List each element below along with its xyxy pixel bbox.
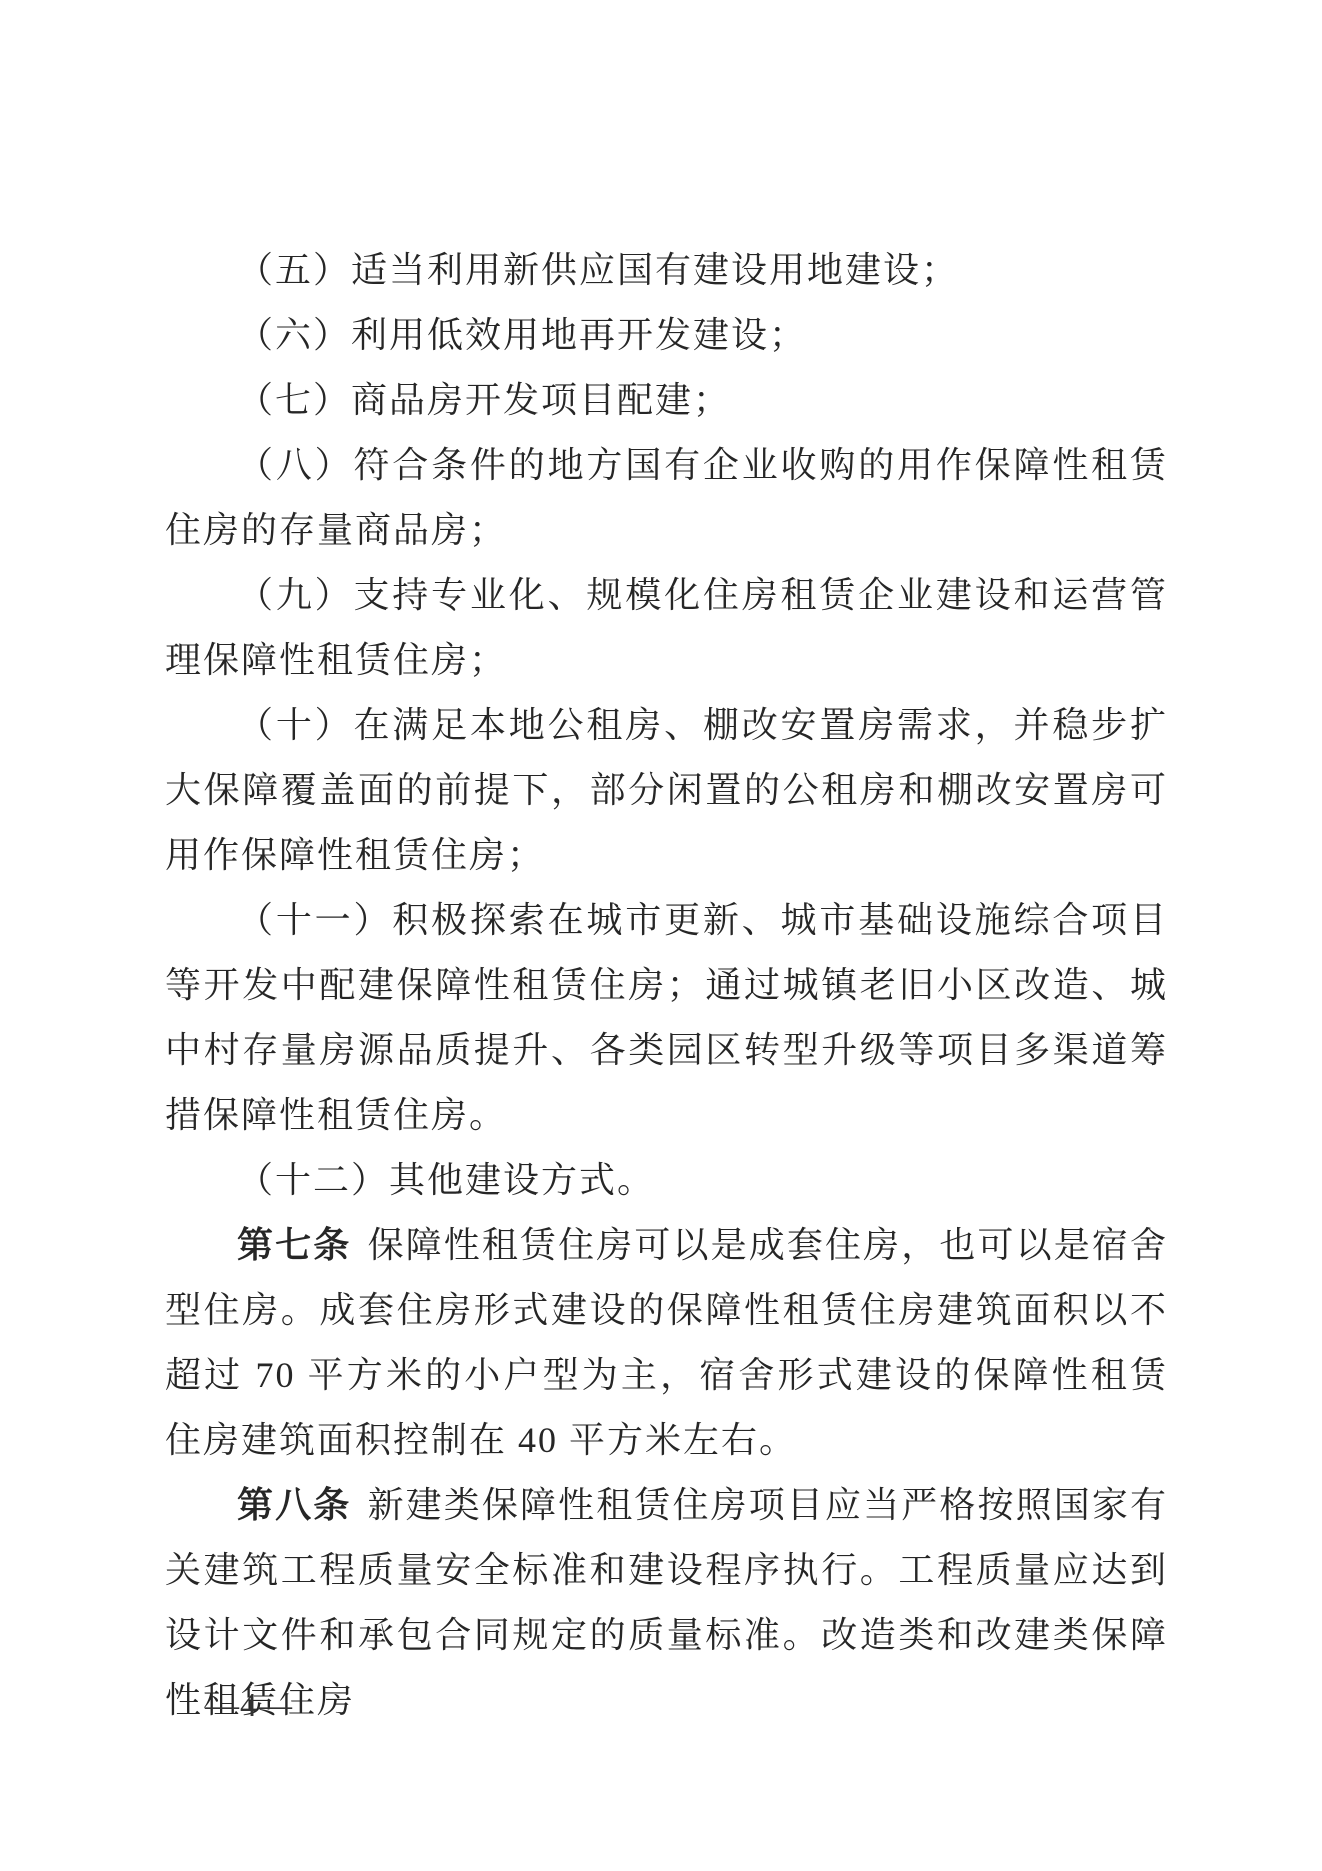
clause-6-paragraph: （六）利用低效用地再开发建设； <box>165 303 1168 368</box>
clause-5-paragraph: （五）适当利用新供应国有建设用地建设； <box>165 238 1168 303</box>
article-7-paragraph: 第七条保障性租赁住房可以是成套住房，也可以是宿舍型住房。成套住房形式建设的保障性… <box>165 1213 1168 1473</box>
page-number: —4— <box>205 1686 293 1726</box>
article-7-number: 第七条 <box>237 1225 351 1265</box>
clause-12-paragraph: （十二）其他建设方式。 <box>165 1148 1168 1213</box>
document-page: （五）适当利用新供应国有建设用地建设； （六）利用低效用地再开发建设； （七）商… <box>0 0 1322 1871</box>
clause-7-paragraph: （七）商品房开发项目配建； <box>165 368 1168 433</box>
clause-8-paragraph: （八）符合条件的地方国有企业收购的用作保障性租赁住房的存量商品房； <box>165 433 1168 563</box>
article-8-number: 第八条 <box>237 1485 351 1525</box>
clause-9-paragraph: （九）支持专业化、规模化住房租赁企业建设和运营管理保障性租赁住房； <box>165 563 1168 693</box>
document-body: （五）适当利用新供应国有建设用地建设； （六）利用低效用地再开发建设； （七）商… <box>165 238 1168 1733</box>
clause-11-paragraph: （十一）积极探索在城市更新、城市基础设施综合项目等开发中配建保障性租赁住房；通过… <box>165 888 1168 1148</box>
article-8-paragraph: 第八条新建类保障性租赁住房项目应当严格按照国家有关建筑工程质量安全标准和建设程序… <box>165 1473 1168 1733</box>
clause-10-paragraph: （十）在满足本地公租房、棚改安置房需求，并稳步扩大保障覆盖面的前提下，部分闲置的… <box>165 693 1168 888</box>
